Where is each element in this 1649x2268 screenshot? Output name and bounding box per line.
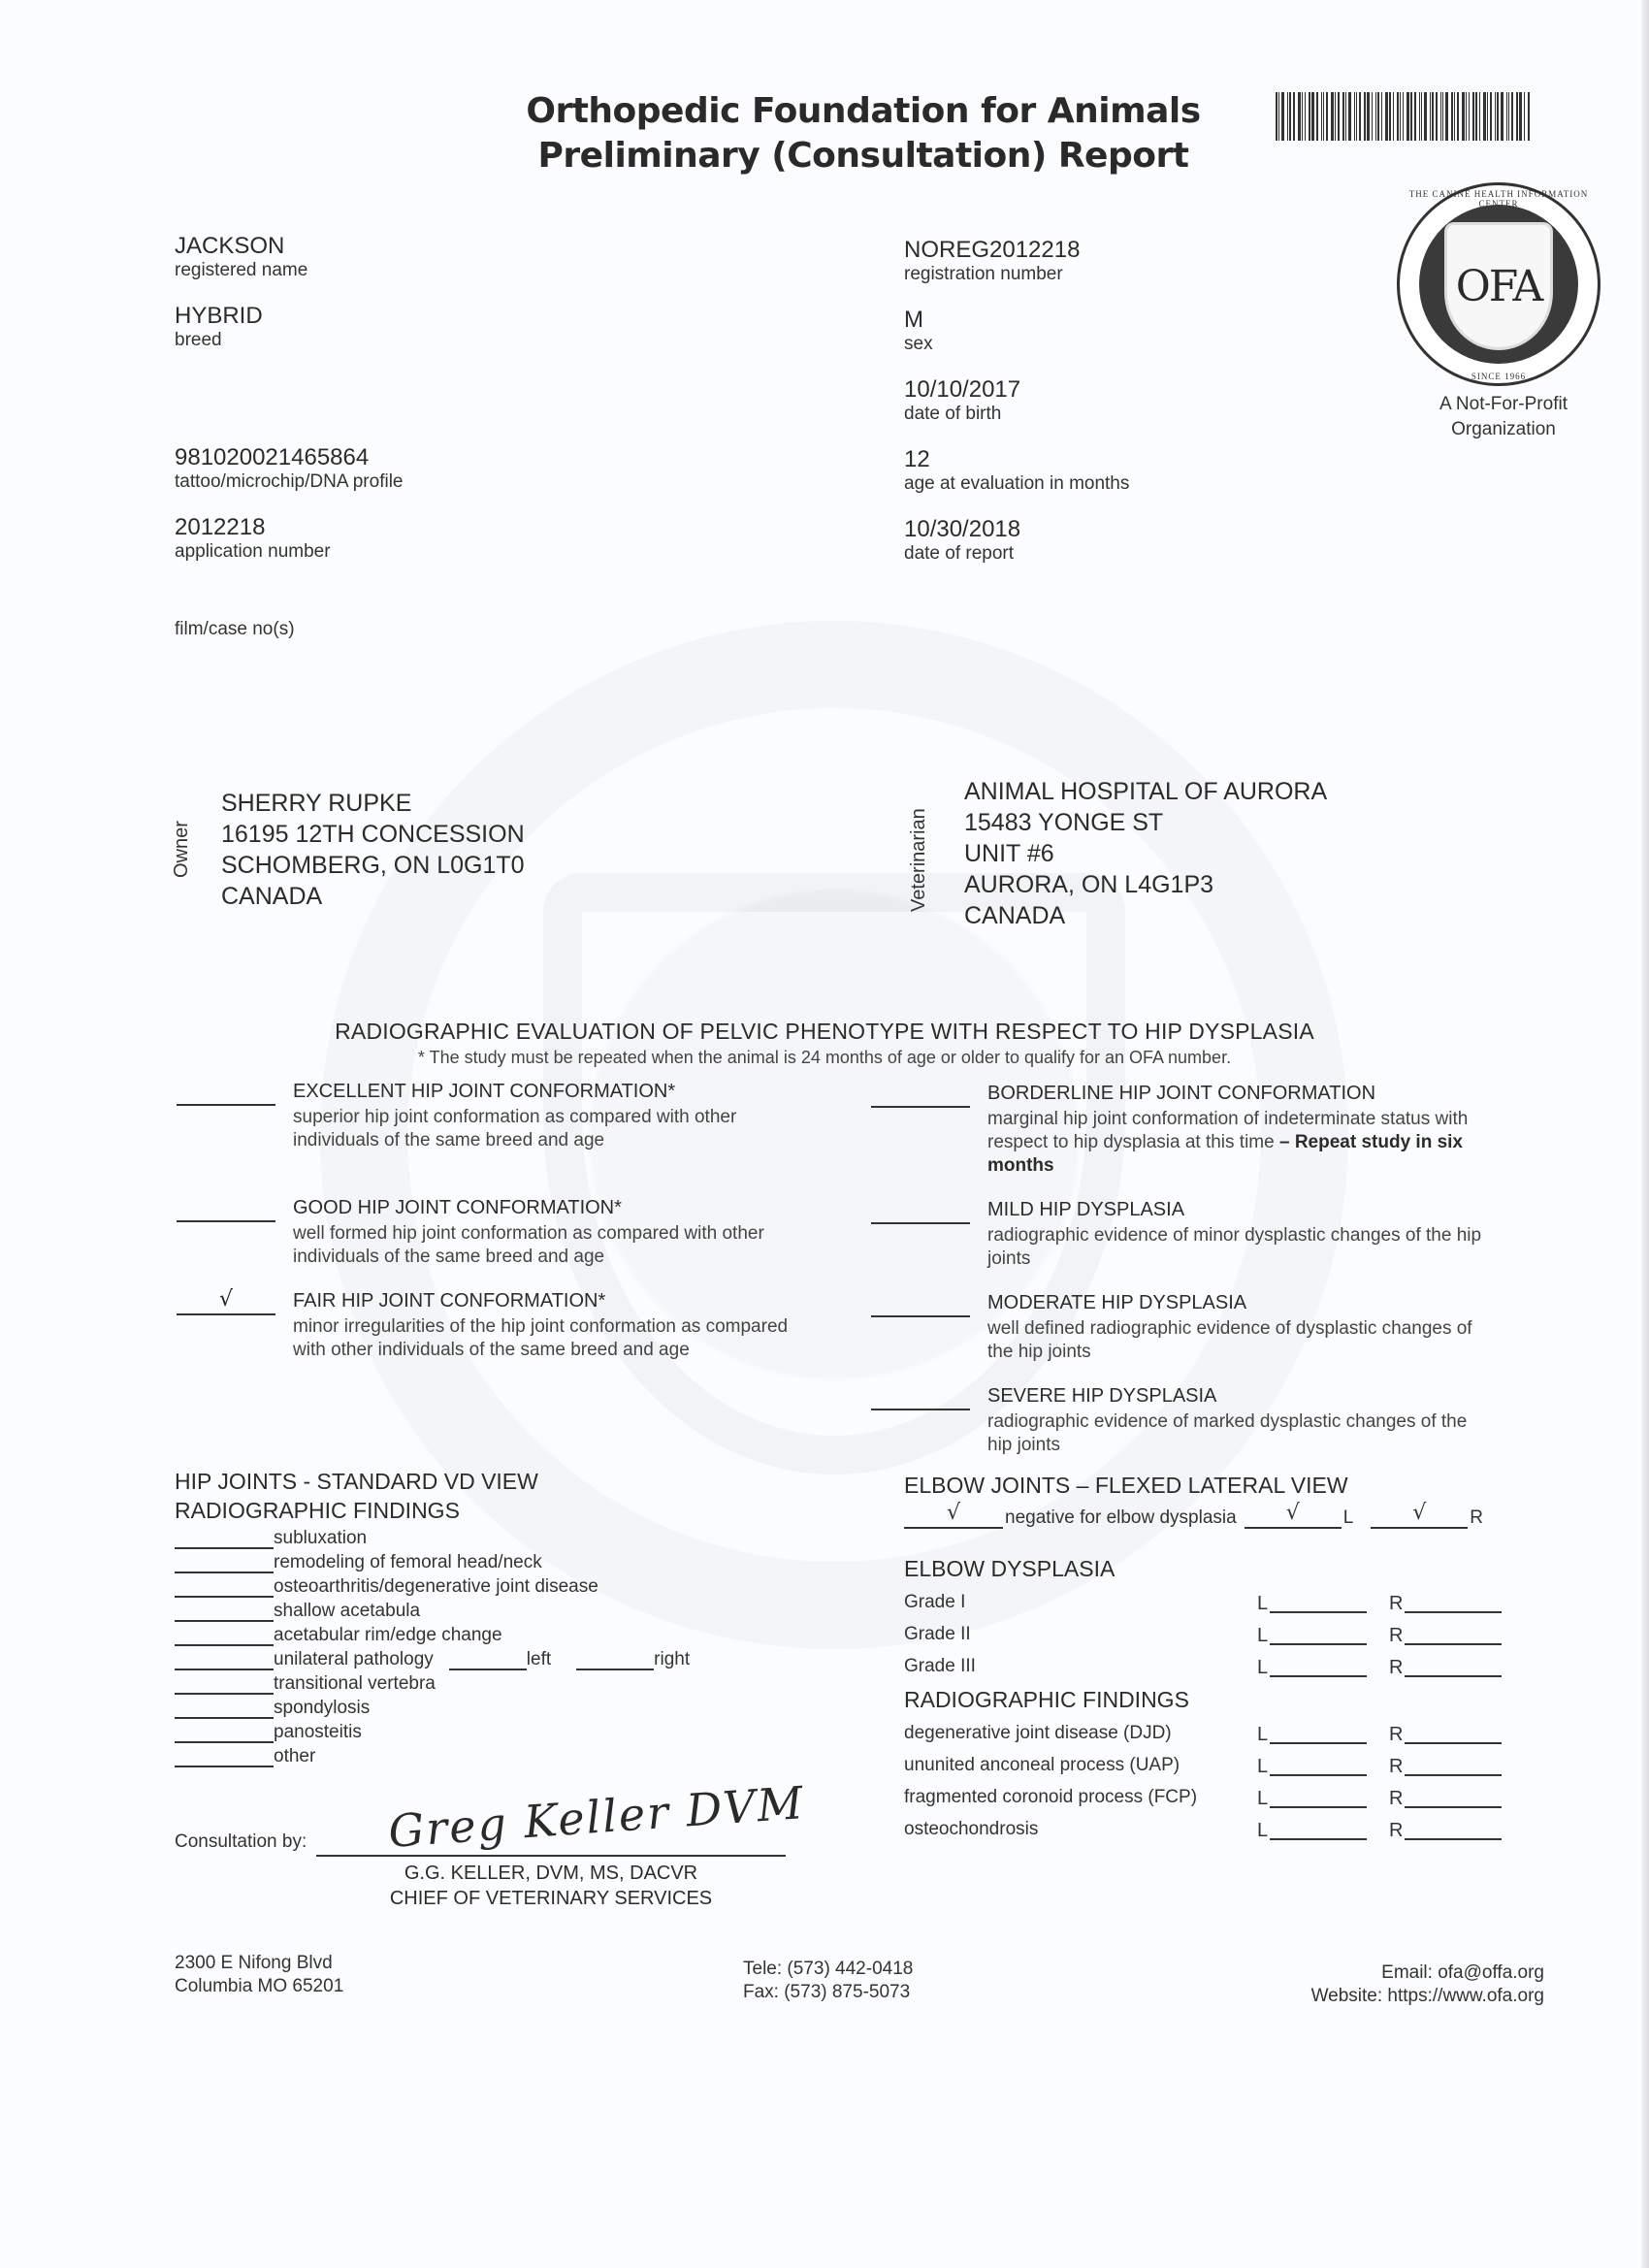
elbow-title: ELBOW JOINTS – FLEXED LATERAL VIEW xyxy=(904,1471,1525,1500)
vet-unit: UNIT #6 xyxy=(964,838,1327,869)
field-registered-name: JACKSON registered name xyxy=(175,233,307,281)
unilateral-left-blank[interactable] xyxy=(449,1647,527,1670)
field-value: JACKSON xyxy=(175,233,307,260)
hip-finding-row: subluxation xyxy=(175,1525,690,1549)
field-label: application number xyxy=(175,541,331,563)
elbow-findings-title: RADIOGRAPHIC FINDINGS xyxy=(904,1685,1525,1714)
checkbox-negative-right[interactable]: √ xyxy=(1371,1504,1468,1529)
checkbox-excellent[interactable] xyxy=(177,1081,275,1106)
seal-ring-text-bottom: SINCE 1966 xyxy=(1400,372,1598,381)
elbow-finding-left-field[interactable]: L xyxy=(1257,1724,1367,1746)
signature-handwritten: Greg Keller DVM xyxy=(387,1776,807,1858)
elbow-finding-label: ununited anconeal process (UAP) xyxy=(904,1755,1180,1776)
hip-findings-section: HIP JOINTS - STANDARD VD VIEW RADIOGRAPH… xyxy=(175,1467,690,1767)
elbow-finding-label: osteochondrosis xyxy=(904,1819,1038,1840)
elbow-finding-row: fragmented coronoid process (FCP)LR xyxy=(904,1778,1525,1810)
elbow-finding-label: fragmented coronoid process (FCP) xyxy=(904,1787,1197,1808)
evaluation-note: * The study must be repeated when the an… xyxy=(194,1048,1455,1068)
evaluation-heading: RADIOGRAPHIC EVALUATION OF PELVIC PHENOT… xyxy=(194,1019,1455,1045)
elbow-grade-row: Grade ILR xyxy=(904,1583,1525,1615)
left-side-label: L xyxy=(1257,1625,1268,1647)
elbow-finding-row: degenerative joint disease (DJD)LR xyxy=(904,1714,1525,1746)
not-for-profit-caption: A Not-For-Profit Organization xyxy=(1397,392,1610,442)
checkbox-severe[interactable] xyxy=(871,1385,970,1410)
right-blank-line[interactable] xyxy=(1405,1806,1502,1808)
seal-center-text: OFA xyxy=(1456,262,1542,311)
elbow-finding-row: osteochondrosisLR xyxy=(904,1810,1525,1842)
elbow-grade-label: Grade III xyxy=(904,1656,976,1677)
hip-finding-row: osteoarthritis/degenerative joint diseas… xyxy=(175,1573,690,1598)
elbow-grade-left-field[interactable]: L xyxy=(1257,1625,1367,1647)
field-value: NOREG2012218 xyxy=(904,237,1080,264)
hip-finding-row: transitional vertebra xyxy=(175,1670,690,1695)
field-value: 981020021465864 xyxy=(175,444,404,471)
hip-finding-label: other xyxy=(274,1746,315,1767)
field-label: date of report xyxy=(904,543,1020,565)
elbow-grade-list: Grade ILRGrade IILRGrade IIILR xyxy=(904,1583,1525,1679)
field-age-months: 12 age at evaluation in months xyxy=(904,446,1129,495)
elbow-finding-left-field[interactable]: L xyxy=(1257,1756,1367,1778)
option-title: SEVERE HIP DYSPLASIA xyxy=(987,1385,1216,1408)
option-title: GOOD HIP JOINT CONFORMATION* xyxy=(293,1197,622,1219)
hip-finding-blank[interactable] xyxy=(175,1574,274,1598)
elbow-grade-left-field[interactable]: L xyxy=(1257,1593,1367,1615)
field-label: age at evaluation in months xyxy=(904,473,1129,495)
hip-finding-row: unilateral pathologyleftright xyxy=(175,1646,690,1670)
hip-finding-label: shallow acetabula xyxy=(274,1601,420,1622)
page-edge xyxy=(1641,0,1649,2268)
left-blank-line[interactable] xyxy=(1270,1675,1367,1677)
consultation-label: Consultation by: xyxy=(175,1831,307,1853)
right-blank-line[interactable] xyxy=(1405,1742,1502,1744)
right-side-label: R xyxy=(1389,1657,1403,1679)
right-blank-line[interactable] xyxy=(1405,1675,1502,1677)
elbow-negative-row: √ negative for elbow dysplasia √ L √ R xyxy=(904,1504,1525,1529)
field-value: 10/30/2018 xyxy=(904,516,1020,543)
hip-findings-subtitle: RADIOGRAPHIC FINDINGS xyxy=(175,1496,690,1525)
field-breed: HYBRID breed xyxy=(175,303,263,351)
hip-finding-blank[interactable] xyxy=(175,1720,274,1743)
unilateral-right-label: right xyxy=(654,1649,690,1670)
caption-line-1: A Not-For-Profit xyxy=(1397,392,1610,417)
right-side-label: R xyxy=(1389,1625,1403,1647)
option-title: EXCELLENT HIP JOINT CONFORMATION* xyxy=(293,1081,675,1103)
checkbox-good[interactable] xyxy=(177,1197,275,1222)
elbow-finding-left-field[interactable]: L xyxy=(1257,1788,1367,1810)
field-microchip: 981020021465864 tattoo/microchip/DNA pro… xyxy=(175,444,404,493)
checkbox-negative-left[interactable]: √ xyxy=(1245,1504,1342,1529)
left-side-label: L xyxy=(1257,1593,1268,1615)
footer-tele: Tele: (573) 442-0418 xyxy=(743,1958,913,1981)
option-title: BORDERLINE HIP JOINT CONFORMATION xyxy=(987,1083,1375,1105)
hip-finding-row: acetabular rim/edge change xyxy=(175,1622,690,1646)
left-side-label: L xyxy=(1257,1724,1268,1746)
elbow-finding-row: ununited anconeal process (UAP)LR xyxy=(904,1746,1525,1778)
elbow-grade-right-field[interactable]: R xyxy=(1389,1625,1502,1647)
field-value: 12 xyxy=(904,446,1129,473)
option-title: MODERATE HIP DYSPLASIA xyxy=(987,1292,1246,1314)
field-film-case: film/case no(s) xyxy=(175,619,295,640)
ofa-seal-logo: THE CANINE HEALTH INFORMATION CENTER OFA… xyxy=(1397,182,1600,386)
signature-line xyxy=(316,1855,786,1857)
field-application-number: 2012218 application number xyxy=(175,514,331,563)
hip-findings-title: HIP JOINTS - STANDARD VD VIEW xyxy=(175,1467,690,1496)
elbow-grade-left-field[interactable]: L xyxy=(1257,1657,1367,1679)
hip-finding-blank[interactable] xyxy=(175,1671,274,1695)
veterinarian-label: Veterinarian xyxy=(908,808,930,912)
hip-finding-blank[interactable] xyxy=(175,1647,274,1670)
option-description: well defined radiographic evidence of dy… xyxy=(987,1317,1492,1364)
footer-fax: Fax: (573) 875-5073 xyxy=(743,1981,913,2004)
hip-findings-list: subluxationremodeling of femoral head/ne… xyxy=(175,1525,690,1767)
owner-city: SCHOMBERG, ON L0G1T0 xyxy=(221,850,525,881)
elbow-findings-list: degenerative joint disease (DJD)LRununit… xyxy=(904,1714,1525,1842)
elbow-grade-row: Grade IIILR xyxy=(904,1647,1525,1679)
elbow-finding-right-field[interactable]: R xyxy=(1389,1756,1502,1778)
vet-clinic-name: ANIMAL HOSPITAL OF AURORA xyxy=(964,776,1327,807)
left-side-label: L xyxy=(1257,1657,1268,1679)
elbow-dysplasia-title: ELBOW DYSPLASIA xyxy=(904,1554,1525,1583)
negative-elbow-label: negative for elbow dysplasia xyxy=(1005,1507,1237,1529)
vet-city: AURORA, ON L4G1P3 xyxy=(964,869,1327,900)
footer-address: 2300 E Nifong Blvd Columbia MO 65201 xyxy=(175,1952,343,1998)
elbow-finding-right-field[interactable]: R xyxy=(1389,1820,1502,1842)
field-label: sex xyxy=(904,334,933,355)
signatory-title: CHIEF OF VETERINARY SERVICES xyxy=(316,1886,786,1911)
field-label: film/case no(s) xyxy=(175,619,295,640)
owner-country: CANADA xyxy=(221,881,525,912)
left-side-label: L xyxy=(1257,1756,1268,1778)
right-side-label: R xyxy=(1389,1593,1403,1615)
signatory-name: G.G. KELLER, DVM, MS, DACVR xyxy=(316,1861,786,1886)
signatory: G.G. KELLER, DVM, MS, DACVR CHIEF OF VET… xyxy=(316,1861,786,1911)
unilateral-right-blank[interactable] xyxy=(576,1647,654,1670)
hip-finding-blank[interactable] xyxy=(175,1744,274,1767)
field-label: breed xyxy=(175,330,263,351)
elbow-grade-label: Grade II xyxy=(904,1624,971,1645)
right-side-label: R xyxy=(1389,1788,1403,1810)
checkbox-borderline[interactable] xyxy=(871,1083,970,1108)
checkbox-moderate[interactable] xyxy=(871,1292,970,1317)
checkbox-negative-elbow[interactable]: √ xyxy=(904,1504,1003,1529)
owner-address: SHERRY RUPKE 16195 12TH CONCESSION SCHOM… xyxy=(221,788,525,912)
owner-name: SHERRY RUPKE xyxy=(221,788,525,819)
left-blank-line[interactable] xyxy=(1270,1774,1367,1776)
elbow-finding-left-field[interactable]: L xyxy=(1257,1820,1367,1842)
option-description: well formed hip joint conformation as co… xyxy=(293,1222,797,1269)
option-description: radiographic evidence of minor dysplasti… xyxy=(987,1224,1492,1271)
hip-finding-row: spondylosis xyxy=(175,1695,690,1719)
left-blank-line[interactable] xyxy=(1270,1806,1367,1808)
right-blank-line[interactable] xyxy=(1405,1838,1502,1840)
hip-finding-blank[interactable] xyxy=(175,1550,274,1573)
hip-finding-label: spondylosis xyxy=(274,1698,370,1719)
right-side-label: R xyxy=(1389,1756,1403,1778)
field-date-of-report: 10/30/2018 date of report xyxy=(904,516,1020,565)
field-value: 10/10/2017 xyxy=(904,376,1020,404)
report-title: Orthopedic Foundation for Animals Prelim… xyxy=(524,89,1203,178)
field-date-of-birth: 10/10/2017 date of birth xyxy=(904,376,1020,425)
option-description: marginal hip joint conformation of indet… xyxy=(987,1108,1492,1178)
elbow-finding-label: degenerative joint disease (DJD) xyxy=(904,1723,1172,1744)
hip-finding-row: shallow acetabula xyxy=(175,1598,690,1622)
hip-finding-row: remodeling of femoral head/neck xyxy=(175,1549,690,1573)
hip-finding-blank[interactable] xyxy=(175,1599,274,1622)
title-line-1: Orthopedic Foundation for Animals xyxy=(524,89,1203,134)
elbow-grade-right-field[interactable]: R xyxy=(1389,1657,1502,1679)
option-title: MILD HIP DYSPLASIA xyxy=(987,1199,1184,1221)
field-value: HYBRID xyxy=(175,303,263,330)
field-label: registered name xyxy=(175,260,307,281)
left-blank-line[interactable] xyxy=(1270,1838,1367,1840)
caption-line-2: Organization xyxy=(1397,417,1610,442)
elbow-grade-row: Grade IILR xyxy=(904,1615,1525,1647)
checkbox-fair[interactable]: √ xyxy=(177,1290,275,1315)
title-line-2: Preliminary (Consultation) Report xyxy=(524,134,1203,178)
hip-finding-label: subluxation xyxy=(274,1528,367,1549)
elbow-grade-label: Grade I xyxy=(904,1592,965,1613)
option-description: superior hip joint conformation as compa… xyxy=(293,1106,797,1152)
shield-icon: OFA xyxy=(1444,222,1553,350)
checkbox-mild[interactable] xyxy=(871,1199,970,1224)
field-sex: M sex xyxy=(904,307,933,355)
negative-left-label: L xyxy=(1343,1507,1354,1529)
field-label: tattoo/microchip/DNA profile xyxy=(175,471,404,493)
hip-finding-label: unilateral pathology xyxy=(274,1649,434,1670)
field-label: date of birth xyxy=(904,404,1020,425)
barcode-icon xyxy=(1276,92,1615,141)
field-registration-number: NOREG2012218 registration number xyxy=(904,237,1080,285)
hip-finding-blank[interactable] xyxy=(175,1526,274,1549)
elbow-finding-right-field[interactable]: R xyxy=(1389,1724,1502,1746)
hip-finding-label: panosteitis xyxy=(274,1722,362,1743)
elbow-section: ELBOW JOINTS – FLEXED LATERAL VIEW √ neg… xyxy=(904,1471,1525,1842)
right-side-label: R xyxy=(1389,1724,1403,1746)
vet-country: CANADA xyxy=(964,900,1327,931)
footer-phone: Tele: (573) 442-0418 Fax: (573) 875-5073 xyxy=(743,1958,913,2004)
footer-contact: Email: ofa@offa.org Website: https://www… xyxy=(1164,1961,1544,2008)
elbow-finding-right-field[interactable]: R xyxy=(1389,1788,1502,1810)
right-side-label: R xyxy=(1389,1820,1403,1842)
hip-finding-blank[interactable] xyxy=(175,1623,274,1646)
elbow-grade-right-field[interactable]: R xyxy=(1389,1593,1502,1615)
footer-city: Columbia MO 65201 xyxy=(175,1975,343,1998)
hip-finding-blank[interactable] xyxy=(175,1696,274,1719)
veterinarian-address: ANIMAL HOSPITAL OF AURORA 15483 YONGE ST… xyxy=(964,776,1327,931)
footer-street: 2300 E Nifong Blvd xyxy=(175,1952,343,1975)
left-blank-line[interactable] xyxy=(1270,1611,1367,1613)
hip-finding-row: panosteitis xyxy=(175,1719,690,1743)
left-side-label: L xyxy=(1257,1820,1268,1842)
right-blank-line[interactable] xyxy=(1405,1611,1502,1613)
right-blank-line[interactable] xyxy=(1405,1643,1502,1645)
hip-finding-label: transitional vertebra xyxy=(274,1673,436,1695)
hip-finding-label: osteoarthritis/degenerative joint diseas… xyxy=(274,1576,598,1598)
hip-finding-label: remodeling of femoral head/neck xyxy=(274,1552,542,1573)
unilateral-left-label: left xyxy=(527,1649,551,1670)
footer-email[interactable]: Email: ofa@offa.org xyxy=(1164,1961,1544,1985)
option-title: FAIR HIP JOINT CONFORMATION* xyxy=(293,1290,605,1312)
owner-street: 16195 12TH CONCESSION xyxy=(221,819,525,850)
negative-right-label: R xyxy=(1470,1507,1483,1529)
field-label: registration number xyxy=(904,264,1080,285)
vet-street: 15483 YONGE ST xyxy=(964,807,1327,838)
left-side-label: L xyxy=(1257,1788,1268,1810)
left-blank-line[interactable] xyxy=(1270,1742,1367,1744)
right-blank-line[interactable] xyxy=(1405,1774,1502,1776)
footer-website[interactable]: Website: https://www.ofa.org xyxy=(1164,1985,1544,2008)
hip-finding-label: acetabular rim/edge change xyxy=(274,1625,502,1646)
hip-finding-row: other xyxy=(175,1743,690,1767)
owner-label: Owner xyxy=(171,821,193,878)
field-value: 2012218 xyxy=(175,514,331,541)
left-blank-line[interactable] xyxy=(1270,1643,1367,1645)
option-description: minor irregularities of the hip joint co… xyxy=(293,1315,797,1362)
option-description: radiographic evidence of marked dysplast… xyxy=(987,1410,1492,1457)
field-value: M xyxy=(904,307,933,334)
